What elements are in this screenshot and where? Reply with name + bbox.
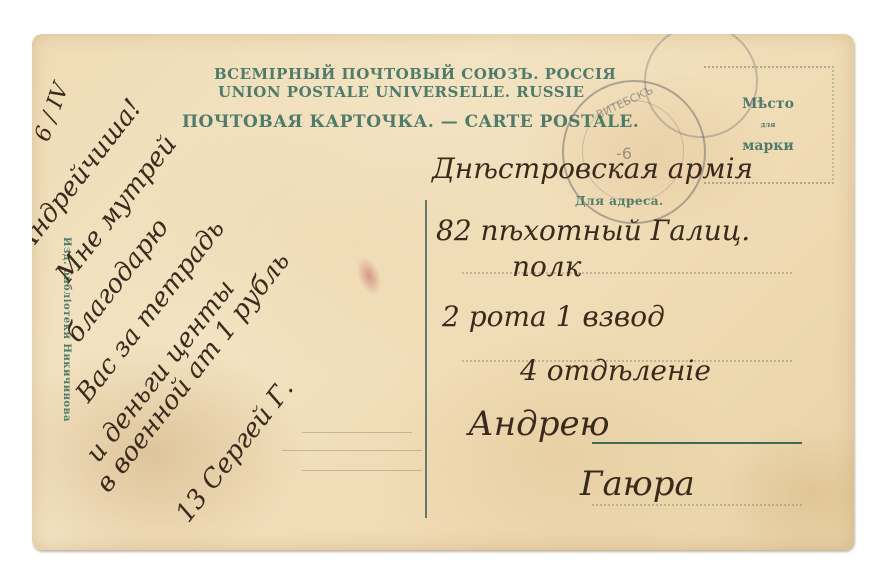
recipient-surname: Гаюра: [580, 464, 695, 504]
address-line: 2 рота 1 взвод: [442, 300, 665, 333]
postcard: ВСЕМІРНЫЙ ПОЧТОВЫЙ СОЮЗЪ. РОССІЯ UNION P…: [32, 34, 854, 550]
address-line: 82 пѣхотный Галиц.: [436, 214, 750, 247]
postcard-scan: ВСЕМІРНЫЙ ПОЧТОВЫЙ СОЮЗЪ. РОССІЯ UNION P…: [0, 0, 880, 568]
address-line-3: [592, 442, 802, 444]
address-line: Днѣстровская армія: [432, 152, 753, 185]
address-line: полк: [512, 250, 581, 283]
handwritten-message: 6 / IV Андрейчиша! Мне мутрей благодарю …: [32, 34, 432, 550]
address-label: Для адреса.: [575, 194, 664, 208]
recipient-name: Андрею: [468, 404, 610, 444]
message-corner-date: 6 / IV: [32, 80, 74, 145]
address-line-4: [592, 504, 802, 506]
address-line: 4 отдѣленіе: [520, 354, 711, 387]
